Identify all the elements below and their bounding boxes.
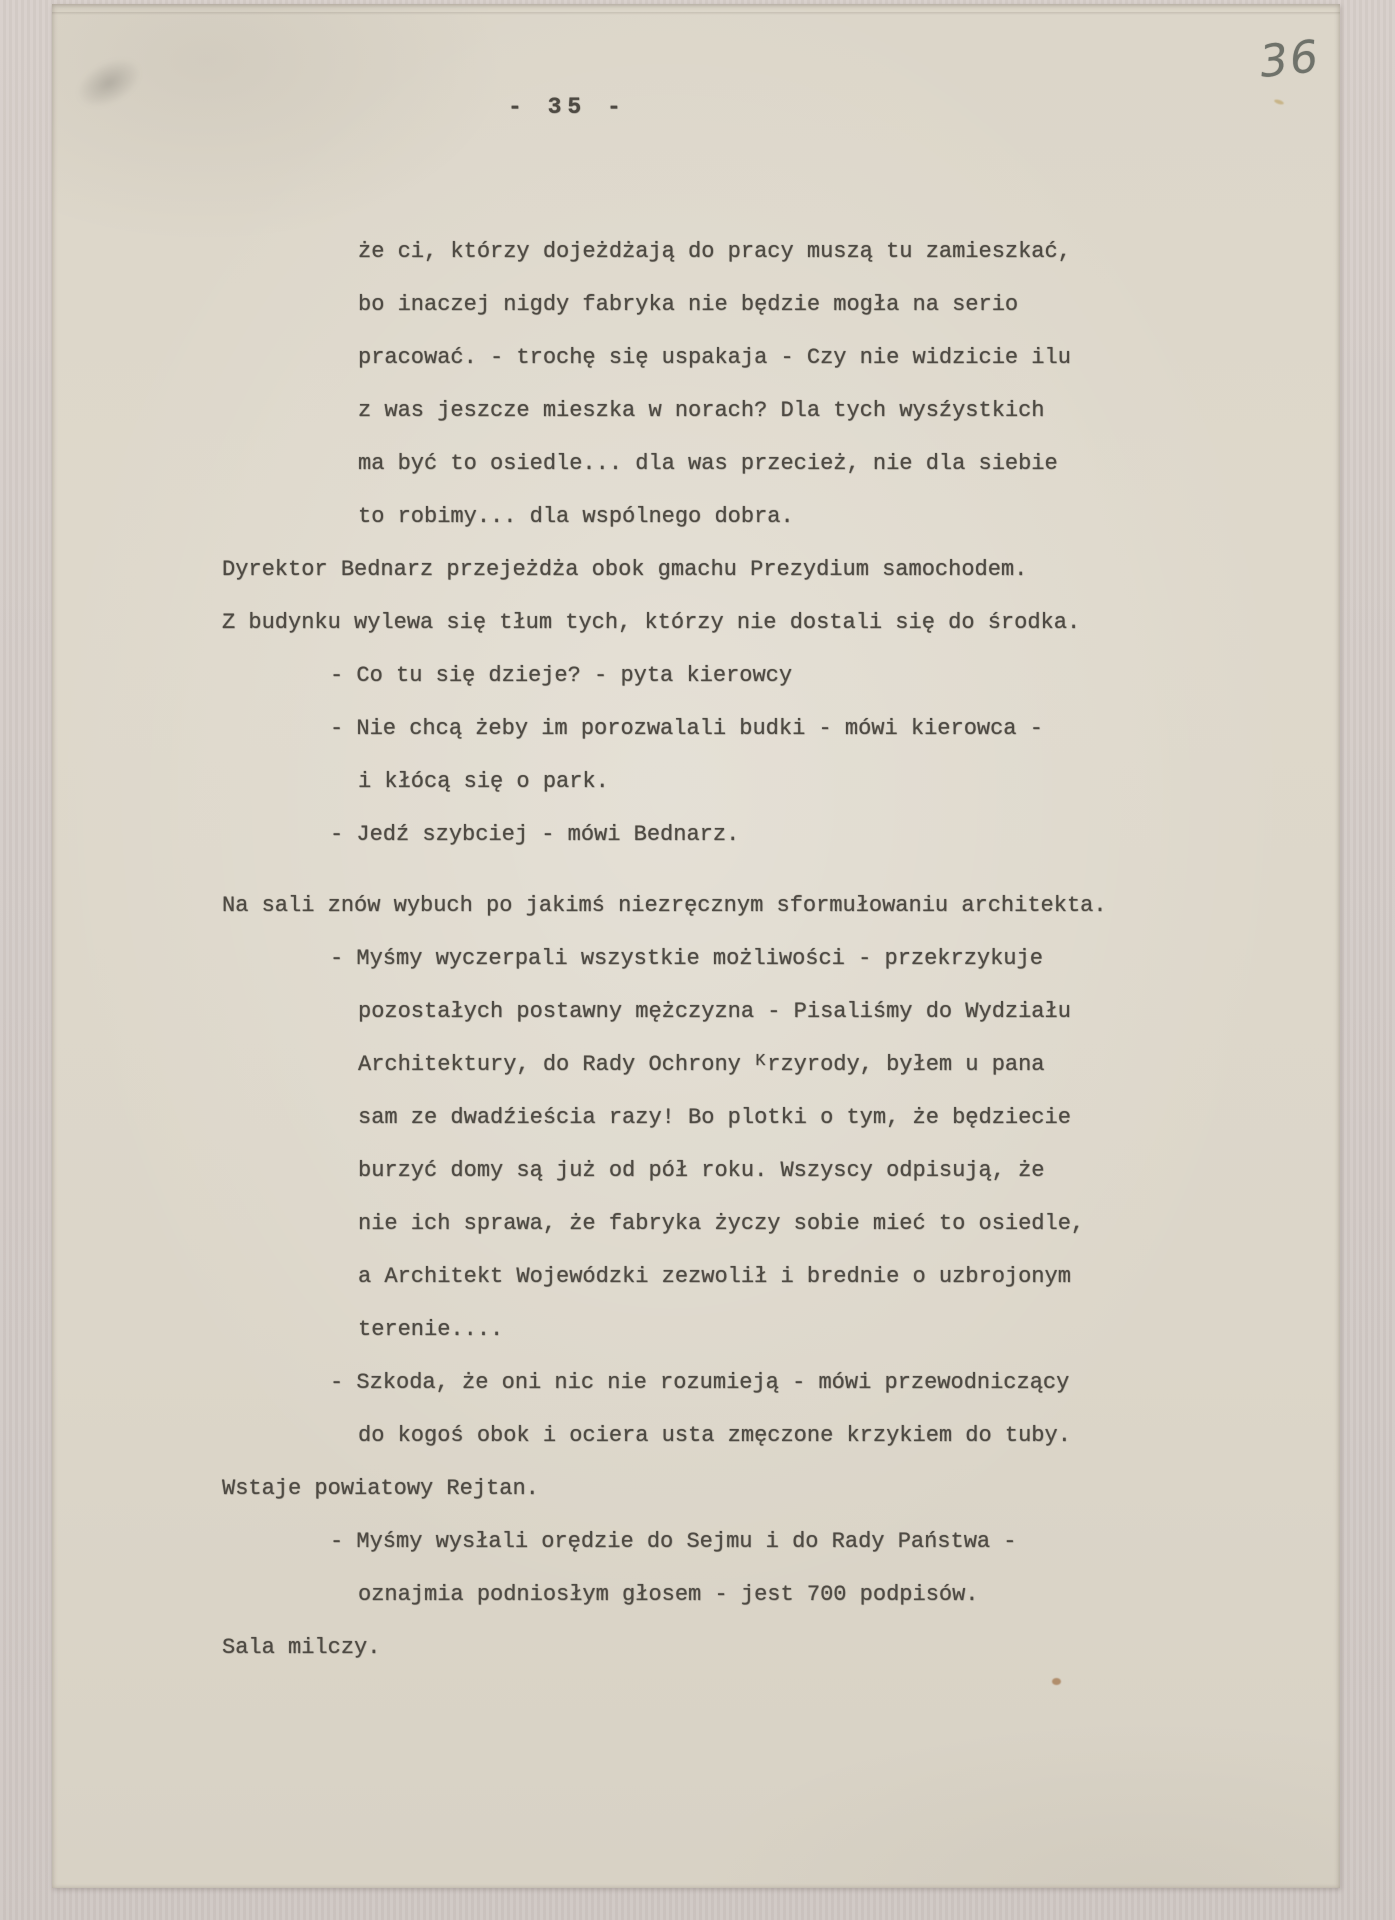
text-line: - Myśmy wysłali orędzie do Sejmu i do Ra…	[330, 1515, 1272, 1568]
text-line: - Szkoda, że oni nic nie rozumieją - mów…	[330, 1356, 1272, 1409]
text-line: sam ze dwadźieścia razy! Bo plotki o tym…	[358, 1091, 1272, 1144]
text-line: Z budynku wylewa się tłum tych, którzy n…	[222, 596, 1272, 649]
text-line: Sala milczy.	[222, 1621, 1272, 1674]
text-line: nie ich sprawa, że fabryka życzy sobie m…	[358, 1197, 1272, 1250]
typescript-body: że ci, którzy dojeżdżają do pracy muszą …	[222, 225, 1272, 1674]
typed-page-number: - 35 -	[508, 94, 627, 120]
paper-speck	[1052, 1678, 1061, 1685]
paper-crease	[52, 12, 1340, 15]
text-line: - Jedź szybciej - mówi Bednarz.	[330, 808, 1272, 861]
text-line: - Myśmy wyczerpali wszystkie możliwości …	[330, 932, 1272, 985]
text-line: - Nie chcą żeby im porozwalali budki - m…	[330, 702, 1272, 755]
text-line: pozostałych postawny mężczyzna - Pisaliś…	[358, 985, 1272, 1038]
text-line: do kogoś obok i ociera usta zmęczone krz…	[358, 1409, 1272, 1462]
text-line: ma być to osiedle... dla was przecież, n…	[358, 437, 1272, 490]
text-line: Dyrektor Bednarz przejeżdża obok gmachu …	[222, 543, 1272, 596]
handwritten-page-number: 36	[1257, 31, 1322, 88]
smudge-stain	[68, 48, 150, 118]
text-line: bo inaczej nigdy fabryka nie będzie mogł…	[358, 278, 1272, 331]
text-line: to robimy... dla wspólnego dobra.	[358, 490, 1272, 543]
text-line: burzyć domy są już od pół roku. Wszyscy …	[358, 1144, 1272, 1197]
text-line: a Architekt Wojewódzki zezwolił i bredni…	[358, 1250, 1272, 1303]
paper-speck	[1274, 99, 1285, 106]
scanned-page-background: - 35 - 36 że ci, którzy dojeżdżają do pr…	[0, 0, 1395, 1920]
text-line: Na sali znów wybuch po jakimś niezręczny…	[222, 879, 1272, 932]
text-line: pracować. - trochę się uspakaja - Czy ni…	[358, 331, 1272, 384]
text-line: Architektury, do Rady Ochrony ᴷrzyrody, …	[358, 1038, 1272, 1091]
paper-sheet: - 35 - 36 że ci, którzy dojeżdżają do pr…	[52, 4, 1340, 1888]
text-line: Wstaje powiatowy Rejtan.	[222, 1462, 1272, 1515]
text-line: z was jeszcze mieszka w norach? Dla tych…	[358, 384, 1272, 437]
text-line: terenie....	[358, 1303, 1272, 1356]
text-line: że ci, którzy dojeżdżają do pracy muszą …	[358, 225, 1272, 278]
text-line: - Co tu się dzieje? - pyta kierowcy	[330, 649, 1272, 702]
text-line: oznajmia podniosłym głosem - jest 700 po…	[358, 1568, 1272, 1621]
text-line: i kłócą się o park.	[358, 755, 1272, 808]
